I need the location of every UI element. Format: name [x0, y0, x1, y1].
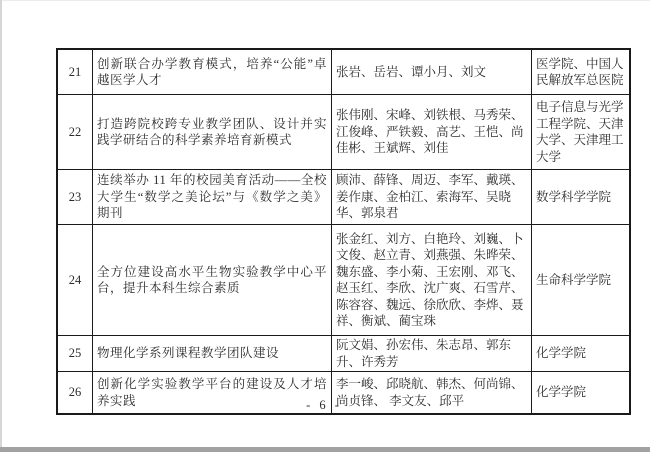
unit-cell: 化学学院 [532, 336, 631, 372]
scan-bottom-bar [0, 447, 650, 452]
projects-table: 21 创新联合办学教育模式，培养“公能”卓越医学人才 张岩、岳岩、谭小月、刘文 … [56, 48, 631, 415]
table-row: 25 物理化学系列课程教学团队建设 阮文娟、孙宏伟、朱志昂、郭东升、许秀芳 化学… [57, 336, 630, 372]
row-number-cell: 24 [57, 225, 93, 336]
unit-cell: 生命科学学院 [532, 225, 631, 336]
scan-top-edge [0, 0, 650, 1]
scan-left-edge [0, 0, 2, 447]
project-name-cell: 物理化学系列课程教学团队建设 [93, 336, 332, 372]
project-name-cell: 打造跨院校跨专业教学团队、设计并实践学研结合的科学素养培育新模式 [93, 95, 332, 170]
team-members-cell: 阮文娟、孙宏伟、朱志昂、郭东升、许秀芳 [332, 336, 532, 372]
team-members-cell: 张伟刚、宋峰、刘铁根、马秀荣、江俊峰、严铁毅、高艺、王恺、尚佳彬、王斌辉、刘佳 [332, 95, 532, 170]
row-number-cell: 21 [57, 49, 93, 95]
team-members-cell: 张金红、刘方、白艳玲、刘巍、卜文俊、赵立青、刘燕强、朱晔荣、魏东盛、李小菊、王宏… [332, 225, 532, 336]
row-number-cell: 25 [57, 336, 93, 372]
table-row: 23 连续举办 11 年的校园美育活动——全校大学生“数学之美论坛”与《数学之美… [57, 170, 630, 225]
page-number: - 6 - [56, 398, 592, 413]
team-members-cell: 张岩、岳岩、谭小月、刘文 [332, 49, 532, 95]
table-row: 22 打造跨院校跨专业教学团队、设计并实践学研结合的科学素养培育新模式 张伟刚、… [57, 95, 630, 170]
table-row: 24 全方位建设高水平生物实验教学中心平台，提升本科生综合素质 张金红、刘方、白… [57, 225, 630, 336]
document-page: 21 创新联合办学教育模式，培养“公能”卓越医学人才 张岩、岳岩、谭小月、刘文 … [0, 0, 650, 458]
project-name-cell: 创新联合办学教育模式，培养“公能”卓越医学人才 [93, 49, 332, 95]
unit-cell: 电子信息与光学工程学院、天津大学、天津理工大学 [532, 95, 631, 170]
unit-cell: 数学科学学院 [532, 170, 631, 225]
table-row: 21 创新联合办学教育模式，培养“公能”卓越医学人才 张岩、岳岩、谭小月、刘文 … [57, 49, 630, 95]
unit-cell: 医学院、中国人民解放军总医院 [532, 49, 631, 95]
project-name-cell: 全方位建设高水平生物实验教学中心平台，提升本科生综合素质 [93, 225, 332, 336]
row-number-cell: 22 [57, 95, 93, 170]
row-number-cell: 23 [57, 170, 93, 225]
project-name-cell: 连续举办 11 年的校园美育活动——全校大学生“数学之美论坛”与《数学之美》期刊 [93, 170, 332, 225]
team-members-cell: 顾沛、薛锋、周迈、李军、戴瑛、姜作康、金柏江、索海军、吴晓华、郭泉君 [332, 170, 532, 225]
